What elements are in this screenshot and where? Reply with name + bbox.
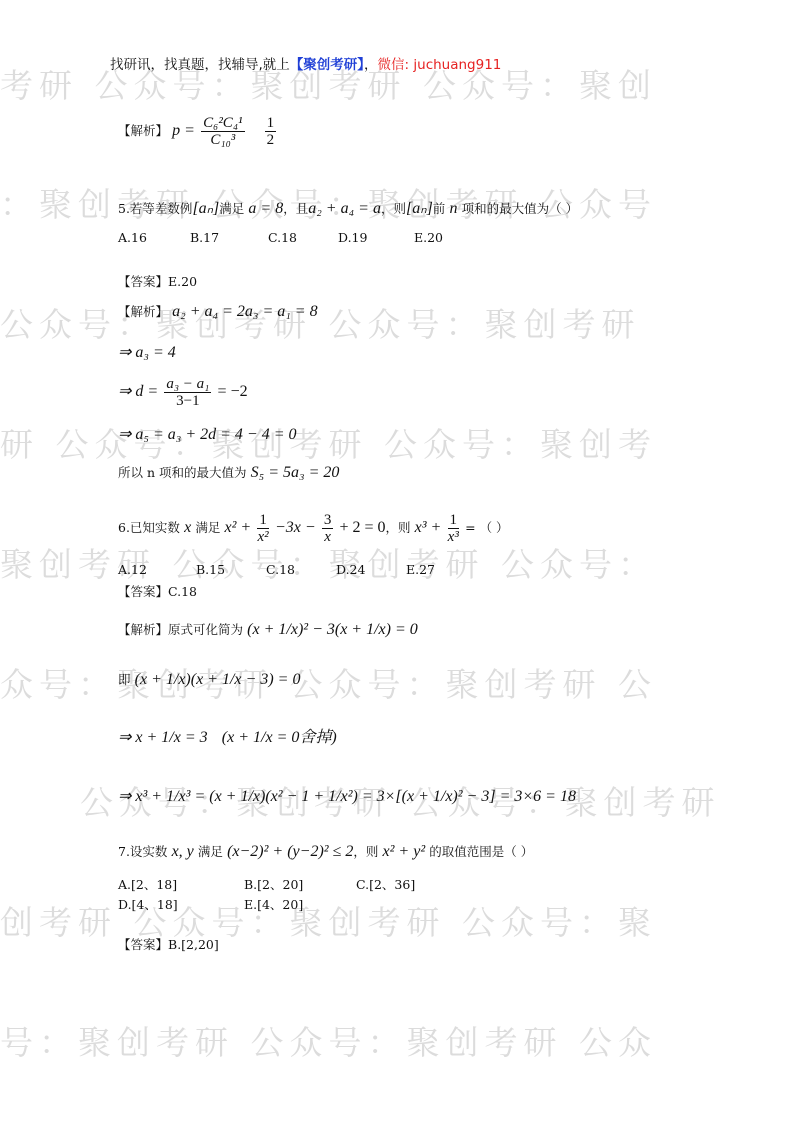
option-a: A.16	[118, 230, 190, 245]
option-d: D.24	[336, 562, 406, 577]
option-b: B.17	[190, 230, 268, 245]
analysis-label: 【解析】	[118, 123, 168, 138]
question-6-answer: 【答案】C.18	[118, 582, 197, 600]
question-6-stem: 6.已知实数 x 满足 x² + 1x² −3x − 3x + 2 = 0，则 …	[118, 512, 509, 545]
option-c: C.[2、36]	[356, 875, 415, 893]
q5-step-a5: ⇒ a₅ = a₃ + 2d = 4 − 4 = 0	[118, 424, 297, 444]
question-5-options: A.16B.17C.18D.19E.20	[118, 230, 443, 246]
header-prefix: 找研讯，找真题，找辅导,就上	[110, 57, 290, 73]
option-e: E.27	[406, 562, 435, 577]
page-header: 找研讯，找真题，找辅导,就上【聚创考研】，微信: juchuang911	[110, 53, 501, 73]
option-b: B.15	[196, 562, 266, 577]
option-c: C.18	[268, 230, 338, 245]
question-5-analysis: 【解析】 a₂ + a₄ = 2a₃ = a₁ = 8	[118, 302, 318, 321]
question-7-options-row1: A.[2、18]B.[2、20]C.[2、36]	[118, 875, 415, 893]
option-a: A.12	[118, 562, 196, 577]
option-d: D.19	[338, 230, 414, 245]
fraction-result: 1 2	[265, 115, 277, 148]
document-page: 找研讯，找真题，找辅导,就上【聚创考研】，微信: juchuang911 【解析…	[0, 0, 794, 1122]
option-b: B.[2、20]	[244, 875, 356, 893]
fraction: 1x²	[257, 512, 269, 545]
q5-step-a3: ⇒ a₃ = 4	[118, 342, 176, 362]
q6-step-cube: ⇒ x³ + 1/x³ = (x + 1/x)(x² − 1 + 1/x²) =…	[118, 786, 576, 806]
q6-step-sum: ⇒ x + 1/x = 3 (x + 1/x = 0舍掉)	[118, 724, 337, 747]
q6-step-factor: 即 (x + 1/x)(x + 1/x − 3) = 0	[118, 670, 300, 689]
fraction: 3x	[322, 512, 334, 545]
question-7-answer: 【答案】B.[2,20]	[118, 935, 219, 953]
question-6-analysis: 【解析】原式可化简为 (x + 1/x)² − 3(x + 1/x) = 0	[118, 620, 418, 639]
question-7-stem: 7.设实数 x, y 满足 (x−2)² + (y−2)² ≤ 2，则 x² +…	[118, 842, 533, 861]
question-5-answer: 【答案】E.20	[118, 272, 197, 290]
brand-name[interactable]: 【聚创考研】	[290, 57, 364, 73]
prev-solution: 【解析】 p = C₆²C₄¹ C₁₀³ 1 2	[118, 115, 278, 148]
wechat-id: 微信: juchuang911	[378, 57, 502, 73]
fraction: C₆²C₄¹ C₁₀³	[201, 115, 244, 148]
question-6-options: A.12B.15C.18D.24E.27	[118, 562, 435, 578]
q5-step-d: ⇒ d = a₃ − a₁ 3−1 = −2	[118, 376, 248, 409]
question-7-options-row2: D.[4、18]E.[4、20]	[118, 895, 303, 913]
option-d: D.[4、18]	[118, 895, 244, 913]
option-e: E.[4、20]	[244, 895, 303, 913]
option-a: A.[2、18]	[118, 875, 244, 893]
option-c: C.18	[266, 562, 336, 577]
fraction-d: a₃ − a₁ 3−1	[164, 376, 211, 409]
q5-conclusion: 所以 n 项和的最大值为 S₅ = 5a₃ = 20	[118, 463, 339, 482]
header-separator: ，	[364, 57, 378, 73]
formula-lhs: p =	[172, 122, 195, 139]
fraction: 1x³	[448, 512, 460, 545]
option-e: E.20	[414, 230, 443, 245]
question-5-stem: 5.若等差数例[aₙ]满足 a = 8，且a₂ + a₄ = a，则[aₙ]前 …	[118, 198, 578, 218]
